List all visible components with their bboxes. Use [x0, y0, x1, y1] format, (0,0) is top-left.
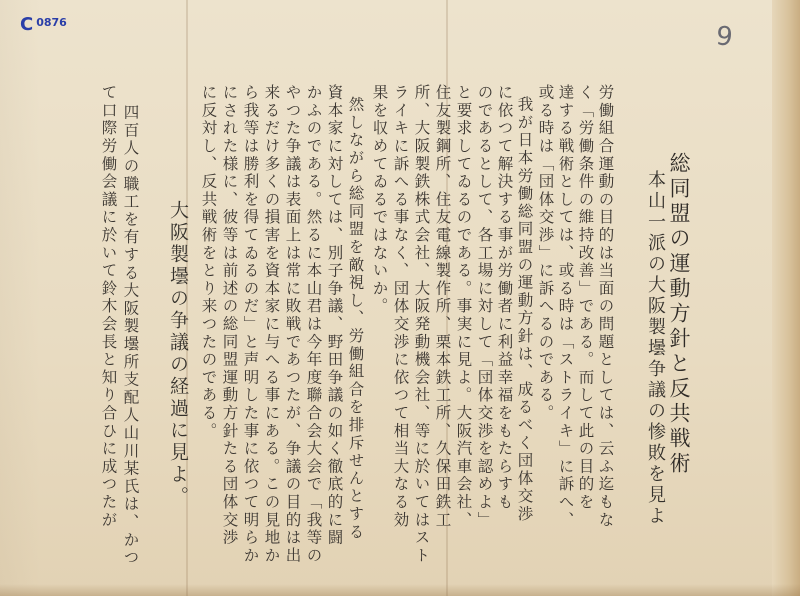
body-column: く「労働条件の維持改善」である。而して此の目的を: [577, 84, 593, 511]
body-column: 達する戦術としては、或る時は「ストライキ」に訴へ、: [557, 84, 573, 529]
section-column: 四百人の職工を有する大阪製壜所支配人山川某氏は、かつ: [122, 104, 138, 567]
body-column: 然しながら総同盟を敵視し、労働組合を排斥せんとする: [347, 96, 363, 541]
body-column: 資本家に対しては、別子争議、野田争議の如く徹底的に闘: [326, 84, 342, 547]
body-column: に反対し、反共戦術をとり来つたのである。: [200, 84, 216, 440]
stamp-number: 0876: [36, 16, 67, 29]
section-heading: 大阪製壜の争議の経過に見よ。: [168, 200, 187, 508]
body-column: と要求してゐるのである。事実に見よ。大阪汽車会社、: [455, 84, 471, 529]
body-column: かふのである。然るに本山君は今年度聯合会大会で「我等の: [305, 84, 321, 565]
section-column: て口際労働会議に於いて鈴木会長と知り合ひに成つたが: [100, 84, 116, 529]
document-subtitle: 本山一派の大阪製壜争議の惨敗を見よ: [646, 170, 664, 527]
document-page: C0876 9 総同盟の運動方針と反共戦術 本山一派の大阪製壜争議の惨敗を見よ …: [0, 0, 800, 596]
body-column: のであるとして、各工場に対して「団体交渉を認めよ」: [476, 84, 492, 529]
body-column: 来るだけ多くの損害を資本家に与へる事にある。この見地か: [263, 84, 279, 565]
body-column: 果を収めてゐるではないか。: [371, 84, 387, 315]
body-column: に依つて解決する事が労働者に利益幸福をもたらすも: [496, 84, 512, 511]
paper-edge-bottom: [0, 584, 800, 596]
paper-edge: [772, 0, 800, 596]
document-title: 総同盟の運動方針と反共戦術: [668, 152, 689, 477]
body-column: 労働組合運動の目的は当面の問題としては、云ふ迄もな: [597, 84, 613, 529]
body-column: 住友製鋼所、住友電線製作所、栗本鉄工所、久保田鉄工: [434, 84, 450, 529]
body-column: ら我等は勝利を得てゐるのだ」と声明した事に依つて明らか: [242, 84, 258, 565]
page-number: 9: [714, 21, 734, 53]
body-column: 我が日本労働総同盟の運動方針は、成るべく団体交渉: [516, 96, 532, 523]
stamp-prefix: C: [20, 14, 33, 35]
body-column: やつた争議は表面上は常に敗戦であつたが、争議の目的は出: [284, 84, 300, 565]
body-column: 或る時は「団体交渉」に訴へるのである。: [537, 84, 553, 422]
body-column: ライキに訴へる事なく、団体交渉に依つて相当大なる効: [392, 84, 408, 529]
body-column: 所、大阪製鉄株式会社、大阪発動機会社、等に於いてはスト: [413, 84, 429, 565]
archive-stamp: C0876: [20, 14, 64, 35]
body-column: にされた様に、彼等は前述の総同盟運動方針たる団体交渉: [221, 84, 237, 547]
